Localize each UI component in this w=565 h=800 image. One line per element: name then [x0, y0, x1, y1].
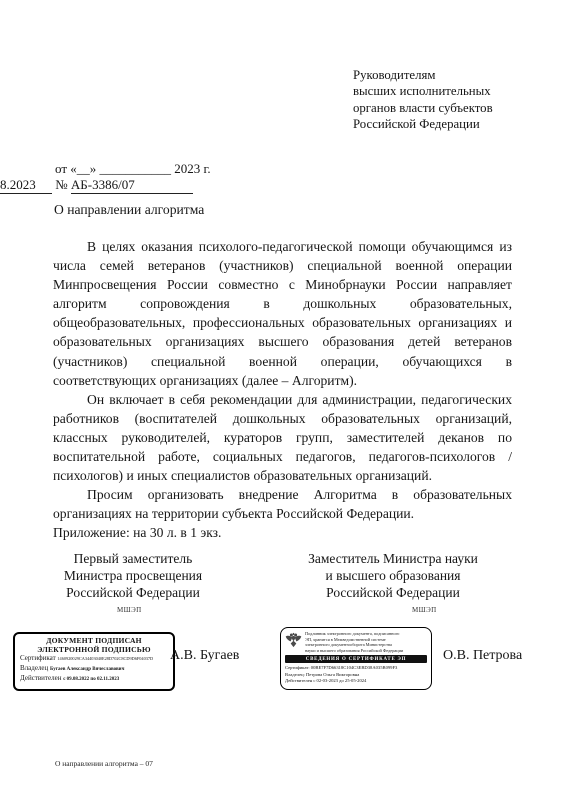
signatory-title-line: Министра просвещения [53, 568, 213, 585]
signatory-title-line: Российской Федерации [53, 585, 213, 602]
subject-line: О направлении алгоритма [54, 202, 204, 218]
valid-value: с 09.08.2022 по 02.11.2023 [63, 677, 119, 682]
signatory-title-line: Первый заместитель [53, 551, 213, 568]
number-sign: № [55, 177, 67, 192]
addressee-line: органов власти субъектов [353, 100, 493, 116]
owner-value: Бугаев Александр Вячеславович [50, 667, 124, 672]
esignature-stamp-left: ДОКУМЕНТ ПОДПИСАН ЭЛЕКТРОННОЙ ПОДПИСЬЮ С… [13, 632, 175, 691]
ref-number-value: АБ-3386/07 [71, 177, 193, 194]
addressee-block: Руководителям высших исполнительных орга… [353, 67, 493, 133]
mshep-mark-right: МШЭП [412, 606, 437, 614]
signatory-title-line: Заместитель Министра науки [303, 551, 483, 568]
stamp-notice: Подлинник электронного документа, подпис… [305, 631, 403, 653]
document-page: Руководителям высших исполнительных орга… [0, 0, 565, 800]
stamp-certificate-row: Сертификат 1460920029CA34403040E28D702C8… [20, 654, 168, 664]
paragraph: Просим организовать внедрение Алгоритма … [53, 485, 512, 523]
attachment-line: Приложение: на 30 л. в 1 экз. [53, 523, 512, 542]
owner-label: Владелец [20, 664, 48, 672]
signatory-title-right: Заместитель Министра науки и высшего обр… [303, 551, 483, 601]
certificate-info-bar: СВЕДЕНИЯ О СЕРТИФИКАТЕ ЭП [285, 655, 427, 663]
addressee-line: высших исполнительных [353, 83, 493, 99]
paragraph: В целях оказания психолого-педагогическо… [53, 237, 512, 390]
signer-name-right: О.В. Петрова [443, 648, 522, 664]
signer-name-left: А.В. Бугаев [170, 648, 239, 664]
addressee-line: Руководителям [353, 67, 493, 83]
letter-body: В целях оказания психолого-педагогическо… [53, 237, 512, 543]
paragraph: Он включает в себя рекомендации для адми… [53, 390, 512, 485]
stamp-validity-row: Действителен с 09.08.2022 по 02.11.2023 [20, 674, 168, 685]
stamp-details: Сертификат: 00BE7F7D66318C104C3EBD38A035… [285, 665, 427, 684]
signatory-title-left: Первый заместитель Министра просвещения … [53, 551, 213, 601]
mshep-mark-left: МШЭП [117, 606, 142, 614]
signatory-title-line: Российской Федерации [303, 585, 483, 602]
notice-line: науки и высшего образования Российской Ф… [305, 648, 403, 654]
stamp-title-line: ЭЛЕКТРОННОЙ ПОДПИСЬЮ [20, 646, 168, 655]
double-headed-eagle-icon [285, 631, 302, 653]
valid-label: Действителен [20, 674, 61, 682]
notice-line: Подлинник электронного документа, подпис… [305, 631, 403, 637]
validity-line: Действителен с 02-03-2023 до 25-05-2024 [285, 678, 427, 684]
stamp-owner-row: Владелец Бугаев Александр Вячеславович [20, 664, 168, 675]
ref-date-line: от «__» ___________ 2023 г. [55, 161, 211, 177]
certificate-label: Сертификат [20, 654, 56, 662]
addressee-line: Российской Федерации [353, 116, 493, 132]
ref-number-line: 8.2023 № АБ-3386/07 [0, 177, 193, 194]
footer-reference: О направлении алгоритма – 07 [55, 759, 153, 768]
esignature-stamp-right: Подлинник электронного документа, подпис… [280, 627, 432, 690]
notice-line: электронного документооборота Министерст… [305, 642, 403, 648]
signatory-title-line: и высшего образования [303, 568, 483, 585]
certificate-value: 1460920029CA34403040E28D702C8CD9D6F04037… [57, 656, 153, 661]
ref-number-prefix: 8.2023 [0, 177, 52, 194]
